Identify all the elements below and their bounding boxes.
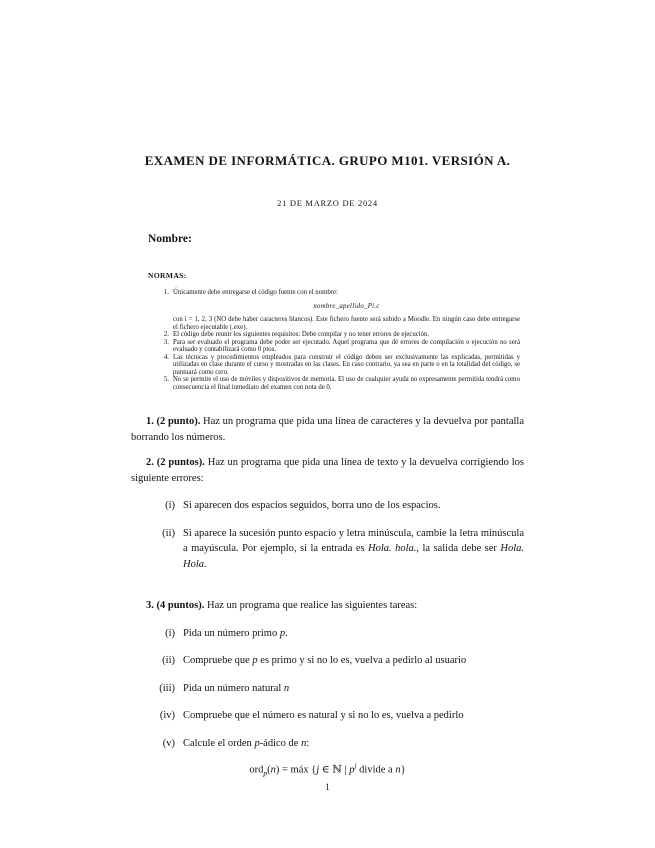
norm-number: 4. <box>160 354 169 377</box>
norm-item-4: 4. Las técnicas y procedimientos emplead… <box>160 354 520 377</box>
document-page: EXAMEN DE INFORMÁTICA. GRUPO M101. VERSI… <box>0 0 655 848</box>
exam-date: 21 DE MARZO DE 2024 <box>131 198 524 208</box>
subitem-label: (iv) <box>131 708 175 724</box>
subitem-label: (ii) <box>131 526 175 573</box>
question-3-item-iii: (iii) Pida un número natural n <box>131 681 524 697</box>
subitem-text-part: es primo y si no lo es, vuelva a pedirlo… <box>258 655 467 666</box>
subitem-label: (v) <box>131 736 175 752</box>
exam-title: EXAMEN DE INFORMÁTICA. GRUPO M101. VERSI… <box>131 153 524 169</box>
subitem-text-part: Calcule el orden <box>183 738 254 749</box>
question-3-item-v: (v) Calcule el orden p-ádico de n: <box>131 736 524 752</box>
question-3-item-i: (i) Pida un número primo p. <box>131 626 524 642</box>
norm-item-2: 2. El código debe reunir los siguientes … <box>160 331 520 339</box>
subitem-text: Compruebe que p es primo y si no lo es, … <box>183 653 524 669</box>
subitem-text-part: Compruebe que <box>183 655 252 666</box>
norm-text: No se permite el uso de móviles y dispos… <box>173 376 520 391</box>
norm-1-continuation: con i = 1, 2, 3 (NO debe haber caractere… <box>173 316 520 331</box>
norm-item-3: 3. Para ser evaluado el programa debe po… <box>160 339 520 354</box>
norms-heading: NORMAS: <box>148 271 524 280</box>
subitem-text: Pida un número primo p. <box>183 626 524 642</box>
question-1-number: 1. (2 punto). <box>146 416 200 427</box>
subitem-text-part: -ádico de <box>260 738 301 749</box>
norm-number: 5. <box>160 376 169 391</box>
question-3-text: Haz un programa que realice las siguient… <box>204 600 417 611</box>
formula-text-part: } <box>401 765 406 776</box>
formula-text-part: divide a <box>357 765 396 776</box>
page-number: 1 <box>131 782 524 792</box>
question-3-item-iv: (iv) Compruebe que el número es natural … <box>131 708 524 724</box>
question-2-number: 2. (2 puntos). <box>146 457 205 468</box>
subitem-text: Si aparecen dos espacios seguidos, borra… <box>183 498 524 514</box>
norm-number: 3. <box>160 339 169 354</box>
subitem-text: Si aparece la sucesión punto espacio y l… <box>183 526 524 573</box>
question-3-number: 3. (4 puntos). <box>146 600 204 611</box>
subitem-text-part: Pida un número primo <box>183 628 280 639</box>
norm-number: 2. <box>160 331 169 339</box>
math-variable-n: n <box>284 683 289 694</box>
subitem-text: Compruebe que el número es natural y si … <box>183 708 524 724</box>
norm-text: El código debe reunir los siguientes req… <box>173 331 520 339</box>
subitem-text-part: , la salida debe ser <box>416 543 500 554</box>
page-content: EXAMEN DE INFORMÁTICA. GRUPO M101. VERSI… <box>131 0 524 792</box>
name-label: Nombre: <box>148 233 524 245</box>
subitem-label: (i) <box>131 498 175 514</box>
norm-text: Las técnicas y procedimientos empleados … <box>173 354 520 377</box>
question-2-item-i: (i) Si aparecen dos espacios seguidos, b… <box>131 498 524 514</box>
norm-item-5: 5. No se permite el uso de móviles y dis… <box>160 376 520 391</box>
subitem-text-part: . <box>285 628 288 639</box>
formula-ord: ord <box>249 765 263 776</box>
question-3: 3. (4 puntos). Haz un programa que reali… <box>131 598 524 614</box>
norm-number: 1. <box>160 289 169 331</box>
subitem-text-part: Pida un número natural <box>183 683 284 694</box>
filename-formula: nombre_apellido_Pi.c <box>173 303 520 311</box>
question-1: 1. (2 punto). Haz un programa que pida u… <box>131 414 524 445</box>
norms-list: 1. Únicamente debe entregarse el código … <box>160 289 520 391</box>
subitem-label: (iii) <box>131 681 175 697</box>
subitem-text: Calcule el orden p-ádico de n: <box>183 736 524 752</box>
math-formula: ordp(n) = máx {j ∈ ℕ | pj divide a n} <box>131 761 524 778</box>
formula-set-membership: ∈ ℕ | <box>319 765 349 776</box>
subitem-text: Pida un número natural n <box>183 681 524 697</box>
question-2-item-ii: (ii) Si aparece la sucesión punto espaci… <box>131 526 524 573</box>
question-2: 2. (2 puntos). Haz un programa que pida … <box>131 455 524 486</box>
norm-item-1: 1. Únicamente debe entregarse el código … <box>160 289 520 331</box>
norm-1-lead: Únicamente debe entregarse el código fue… <box>173 289 520 297</box>
example-input-text: Hola. hola. <box>368 543 416 554</box>
subitem-label: (i) <box>131 626 175 642</box>
question-3-item-ii: (ii) Compruebe que p es primo y si no lo… <box>131 653 524 669</box>
formula-text-part: ) = máx { <box>276 765 316 776</box>
norm-text: Únicamente debe entregarse el código fue… <box>173 289 520 331</box>
norm-text: Para ser evaluado el programa debe poder… <box>173 339 520 354</box>
subitem-label: (ii) <box>131 653 175 669</box>
subitem-text-part: : <box>306 738 309 749</box>
